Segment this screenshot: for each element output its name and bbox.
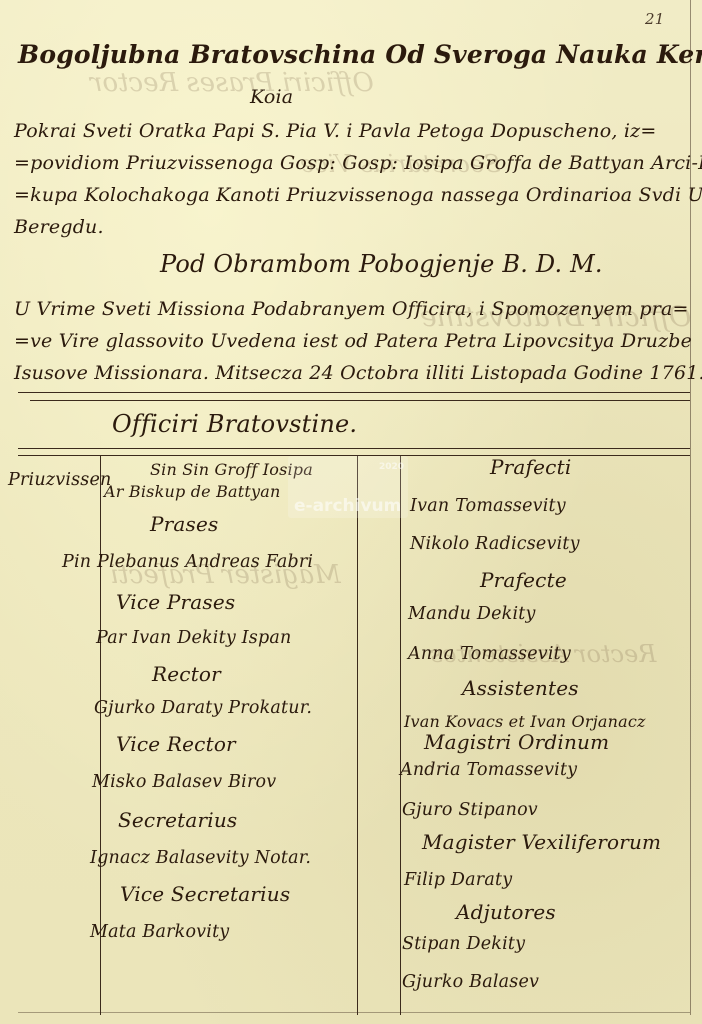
archive-watermark: 2020 e-archivum — [288, 456, 408, 518]
intro-line: =povidiom Priuzvissenoga Gosp: Gosp: Ios… — [14, 152, 702, 174]
officer-name: Gjuro Stipanov — [402, 800, 538, 820]
patron-label: Priuzvissen — [8, 470, 112, 490]
bleed-through-text: Officiri Prases Rector — [90, 68, 374, 98]
rank-heading: Vice Prases — [116, 590, 235, 614]
watermark-year: 2020 — [379, 462, 404, 472]
officer-name: Par Ivan Dekity Ispan — [96, 628, 292, 648]
manuscript-page: Officiri Prases Rector Secretarius Vice … — [0, 0, 702, 1024]
horizontal-rule — [18, 1012, 690, 1013]
document-subtitle: Koia — [250, 86, 293, 108]
officer-name: Gjurko Daraty Prokatur. — [94, 698, 312, 718]
founding-line: =ve Vire glassovito Uvedena iest od Pate… — [14, 330, 692, 352]
rank-heading: Prafecte — [480, 568, 567, 592]
rank-heading: Vice Rector — [116, 732, 236, 756]
rank-heading: Vice Secretarius — [120, 882, 290, 906]
officer-name: Mandu Dekity — [408, 604, 536, 624]
watermark-text: e-archivum — [294, 496, 401, 516]
horizontal-rule — [30, 400, 690, 401]
founding-line: Isusove Missionara. Mitsecza 24 Octobra … — [14, 362, 702, 384]
officer-name: Ivan Kovacs et Ivan Orjanacz — [404, 712, 646, 731]
column-rule — [690, 0, 691, 1015]
officer-name: Nikolo Radicsevity — [410, 534, 580, 554]
column-rule — [357, 455, 358, 1015]
intro-line: =kupa Kolochakoga Kanoti Priuzvissenoga … — [14, 184, 702, 206]
officers-heading: Officiri Bratovstine. — [112, 410, 357, 438]
intro-line: Beregdu. — [14, 216, 104, 238]
rank-heading: Adjutores — [456, 900, 556, 924]
rank-heading: Assistentes — [462, 676, 579, 700]
officer-name: Ivan Tomassevity — [410, 496, 566, 516]
officer-name: Anna Tomassevity — [408, 644, 571, 664]
horizontal-rule — [18, 448, 690, 449]
rank-heading: Prafecti — [490, 455, 571, 479]
protection-heading: Pod Obrambom Pobogjenje B. D. M. — [160, 250, 603, 278]
rank-heading: Rector — [152, 662, 221, 686]
folio-number: 21 — [645, 10, 665, 28]
horizontal-rule — [18, 392, 690, 393]
officer-name: Andria Tomassevity — [400, 760, 577, 780]
rank-heading: Magistri Ordinum — [424, 730, 609, 754]
officer-name: Mata Barkovity — [90, 922, 229, 942]
officer-name: Pin Plebanus Andreas Fabri — [62, 552, 313, 572]
rank-heading: Prases — [150, 512, 219, 536]
officer-name: Misko Balasev Birov — [92, 772, 276, 792]
officer-name: Ignacz Balasevity Notar. — [90, 848, 311, 868]
patron-line: Ar Biskup de Battyan — [104, 482, 281, 501]
rank-heading: Magister Vexiliferorum — [422, 830, 661, 854]
officer-name: Filip Daraty — [404, 870, 512, 890]
officer-name: Gjurko Balasev — [402, 972, 539, 992]
founding-line: U Vrime Sveti Missiona Podabranyem Offic… — [14, 298, 689, 320]
document-title: Bogoljubna Bratovschina Od Sveroga Nauka… — [18, 40, 702, 69]
rank-heading: Secretarius — [118, 808, 237, 832]
column-rule — [400, 455, 401, 1015]
intro-line: Pokrai Sveti Oratka Papi S. Pia V. i Pav… — [14, 120, 656, 142]
officer-name: Stipan Dekity — [402, 934, 525, 954]
